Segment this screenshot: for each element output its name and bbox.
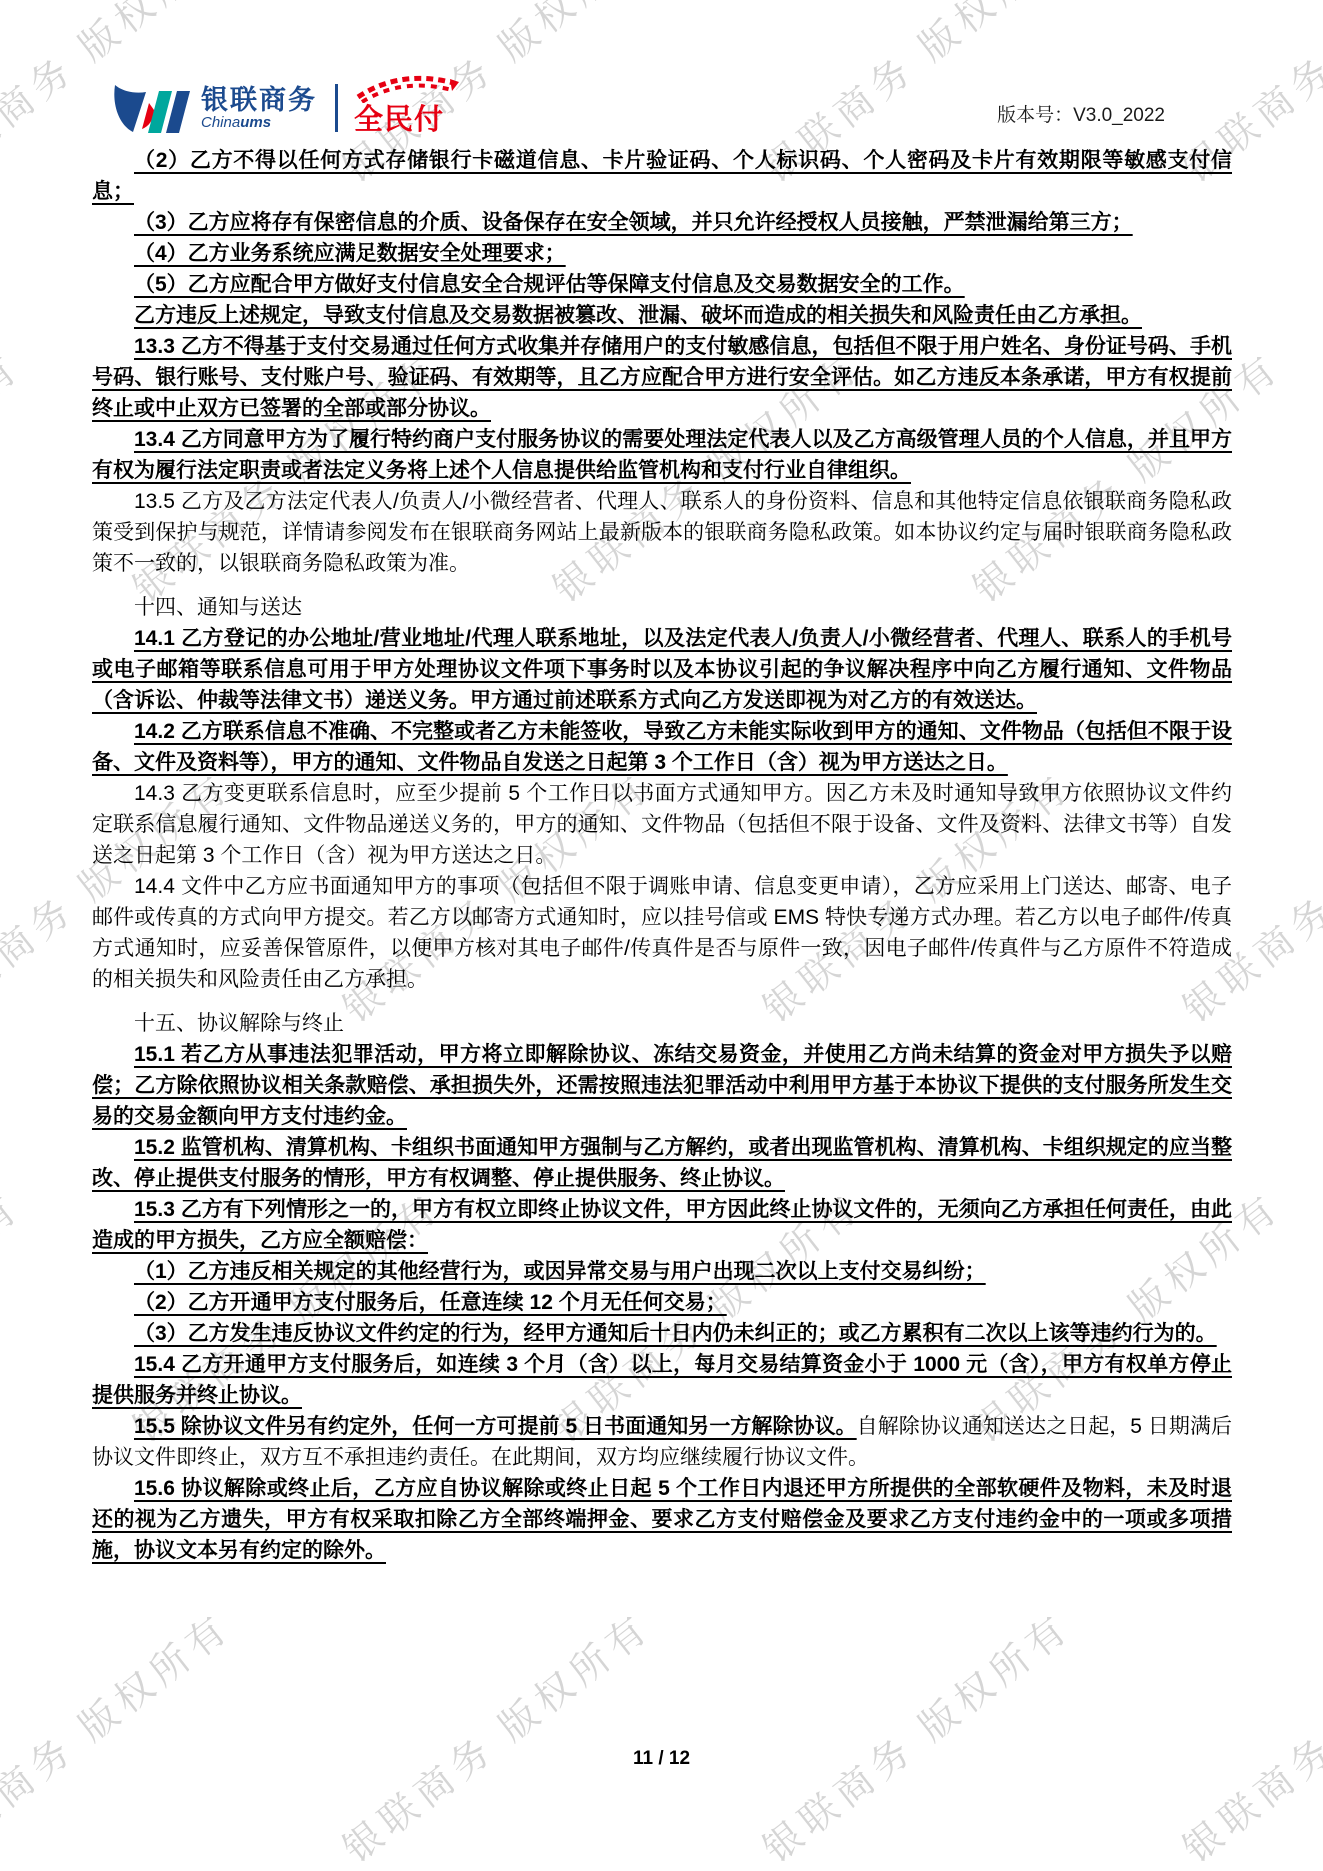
- product-name: 全民付: [354, 104, 444, 136]
- paragraph: 14.3 乙方变更联系信息时，应至少提前 5 个工作日以书面方式通知甲方。因乙方…: [92, 778, 1232, 871]
- paragraph: （4）乙方业务系统应满足数据安全处理要求；: [92, 238, 1232, 269]
- text-run: 14.2 乙方联系信息不准确、不完整或者乙方未能签收，导致乙方未能实际收到甲方的…: [92, 720, 1232, 774]
- text-run: 14.1 乙方登记的办公地址/营业地址/代理人联系地址，以及法定代表人/负责人/…: [92, 627, 1232, 712]
- paragraph: 15.3 乙方有下列情形之一的，甲方有权立即终止协议文件，甲方因此终止协议文件的…: [92, 1194, 1232, 1256]
- text-run: （2）乙方不得以任何方式存储银行卡磁道信息、卡片验证码、个人标识码、个人密码及卡…: [92, 149, 1232, 203]
- document-body: （2）乙方不得以任何方式存储银行卡磁道信息、卡片验证码、个人标识码、个人密码及卡…: [92, 145, 1232, 1566]
- paragraph: （3）乙方发生违反协议文件约定的行为，经甲方通知后十日内仍未纠正的；或乙方累积有…: [92, 1318, 1232, 1349]
- watermark-text: 银联商务 版权所有: [1169, 1597, 1323, 1871]
- paragraph: （2）乙方开通甲方支付服务后，任意连续 12 个月无任何交易；: [92, 1287, 1232, 1318]
- text-run: 乙方违反上述规定，导致支付信息及交易数据被篡改、泄漏、破坏而造成的相关损失和风险…: [134, 304, 1142, 327]
- text-run: 15.4 乙方开通甲方支付服务后，如连续 3 个月（含）以上，每月交易结算资金小…: [92, 1353, 1232, 1407]
- paragraph: 13.5 乙方及乙方法定代表人/负责人/小微经营者、代理人、联系人的身份资料、信…: [92, 486, 1232, 579]
- paragraph: 14.4 文件中乙方应书面通知甲方的事项（包括但不限于调账申请、信息变更申请），…: [92, 871, 1232, 995]
- paragraph: 15.4 乙方开通甲方支付服务后，如连续 3 个月（含）以上，每月交易结算资金小…: [92, 1349, 1232, 1411]
- text-run: 14.4 文件中乙方应书面通知甲方的事项（包括但不限于调账申请、信息变更申请），…: [92, 875, 1232, 991]
- paragraph: 13.3 乙方不得基于支付交易通过任何方式收集并存储用户的支付敏感信息，包括但不…: [92, 331, 1232, 424]
- version-label: 版本号：V3.0_2022: [997, 100, 1165, 127]
- watermark-text: 银联商务 版权所有: [0, 337, 31, 613]
- paragraph: （1）乙方违反相关规定的其他经营行为，或因异常交易与用户出现二次以上支付交易纠纷…: [92, 1256, 1232, 1287]
- paragraph: 15.2 监管机构、清算机构、卡组织书面通知甲方强制与乙方解约，或者出现监管机构…: [92, 1132, 1232, 1194]
- watermark-text: 银联商务 版权所有: [329, 1597, 660, 1871]
- section-heading: 十五、协议解除与终止: [92, 1008, 1232, 1039]
- text-run: 15.1 若乙方从事违法犯罪活动，甲方将立即解除协议、冻结交易资金，并使用乙方尚…: [92, 1043, 1232, 1128]
- paragraph: 乙方违反上述规定，导致支付信息及交易数据被篡改、泄漏、破坏而造成的相关损失和风险…: [92, 300, 1232, 331]
- paragraph: 14.2 乙方联系信息不准确、不完整或者乙方未能签收，导致乙方未能实际收到甲方的…: [92, 716, 1232, 778]
- text-run: （3）乙方应将存有保密信息的介质、设备保存在安全领域，并只允许经授权人员接触，严…: [134, 211, 1133, 234]
- text-run: 13.4 乙方同意甲方为了履行特约商户支付服务协议的需要处理法定代表人以及乙方高…: [92, 428, 1232, 482]
- paragraph: （5）乙方应配合甲方做好支付信息安全合规评估等保障支付信息及交易数据安全的工作。: [92, 269, 1232, 300]
- watermark-text: 银联商务 版权所有: [0, 1597, 241, 1871]
- text-run: （1）乙方违反相关规定的其他经营行为，或因异常交易与用户出现二次以上支付交易纠纷…: [134, 1260, 986, 1283]
- checkered-flag-icon: [356, 73, 460, 103]
- watermark-text: 银联商务 版权所有: [749, 1597, 1080, 1871]
- page: { "header": { "logo": { "brand_cn": "银联商…: [0, 0, 1323, 1871]
- chinaums-brand-text: 银联商务 Chinaums: [201, 87, 317, 130]
- paragraph: 15.6 协议解除或终止后，乙方应自协议解除或终止日起 5 个工作日内退还甲方所…: [92, 1473, 1232, 1566]
- text-run: 15.5 除协议文件另有约定外，任何一方可提前 5 日书面通知另一方解除协议。: [134, 1415, 857, 1438]
- text-run: 14.3 乙方变更联系信息时，应至少提前 5 个工作日以书面方式通知甲方。因乙方…: [92, 782, 1232, 867]
- text-run: 13.5 乙方及乙方法定代表人/负责人/小微经营者、代理人、联系人的身份资料、信…: [92, 490, 1232, 575]
- chinaums-logo-icon: [113, 79, 191, 137]
- watermark-text: 银联商务 版权所有: [0, 1177, 31, 1453]
- paragraph: 13.4 乙方同意甲方为了履行特约商户支付服务协议的需要处理法定代表人以及乙方高…: [92, 424, 1232, 486]
- chinaums-logo: 银联商务 Chinaums 全民付: [113, 76, 444, 140]
- text-run: 13.3 乙方不得基于支付交易通过任何方式收集并存储用户的支付敏感信息，包括但不…: [92, 335, 1232, 420]
- paragraph: 15.1 若乙方从事违法犯罪活动，甲方将立即解除协议、冻结交易资金，并使用乙方尚…: [92, 1039, 1232, 1132]
- section-heading: 十四、通知与送达: [92, 592, 1232, 623]
- text-run: 15.6 协议解除或终止后，乙方应自协议解除或终止日起 5 个工作日内退还甲方所…: [92, 1477, 1232, 1562]
- text-run: （4）乙方业务系统应满足数据安全处理要求；: [134, 242, 566, 265]
- text-run: （5）乙方应配合甲方做好支付信息安全合规评估等保障支付信息及交易数据安全的工作。: [134, 273, 965, 296]
- brand-name-cn: 银联商务: [201, 87, 317, 114]
- text-run: 十五、协议解除与终止: [134, 1012, 344, 1035]
- brand-name-en: Chinaums: [201, 115, 317, 130]
- paragraph: （2）乙方不得以任何方式存储银行卡磁道信息、卡片验证码、个人标识码、个人密码及卡…: [92, 145, 1232, 207]
- quanminfu-logo: 全民付: [354, 79, 444, 138]
- page-number: 11 / 12: [0, 1748, 1323, 1770]
- text-run: 十四、通知与送达: [134, 596, 302, 619]
- paragraph: （3）乙方应将存有保密信息的介质、设备保存在安全领域，并只允许经授权人员接触，严…: [92, 207, 1232, 238]
- paragraph: 14.1 乙方登记的办公地址/营业地址/代理人联系地址，以及法定代表人/负责人/…: [92, 623, 1232, 716]
- text-run: （3）乙方发生违反协议文件约定的行为，经甲方通知后十日内仍未纠正的；或乙方累积有…: [134, 1322, 1217, 1345]
- paragraph: 15.5 除协议文件另有约定外，任何一方可提前 5 日书面通知另一方解除协议。自…: [92, 1411, 1232, 1473]
- text-run: （2）乙方开通甲方支付服务后，任意连续 12 个月无任何交易；: [134, 1291, 727, 1314]
- text-run: 15.2 监管机构、清算机构、卡组织书面通知甲方强制与乙方解约，或者出现监管机构…: [92, 1136, 1232, 1190]
- logo-divider: [335, 84, 338, 132]
- text-run: 15.3 乙方有下列情形之一的，甲方有权立即终止协议文件，甲方因此终止协议文件的…: [92, 1198, 1232, 1252]
